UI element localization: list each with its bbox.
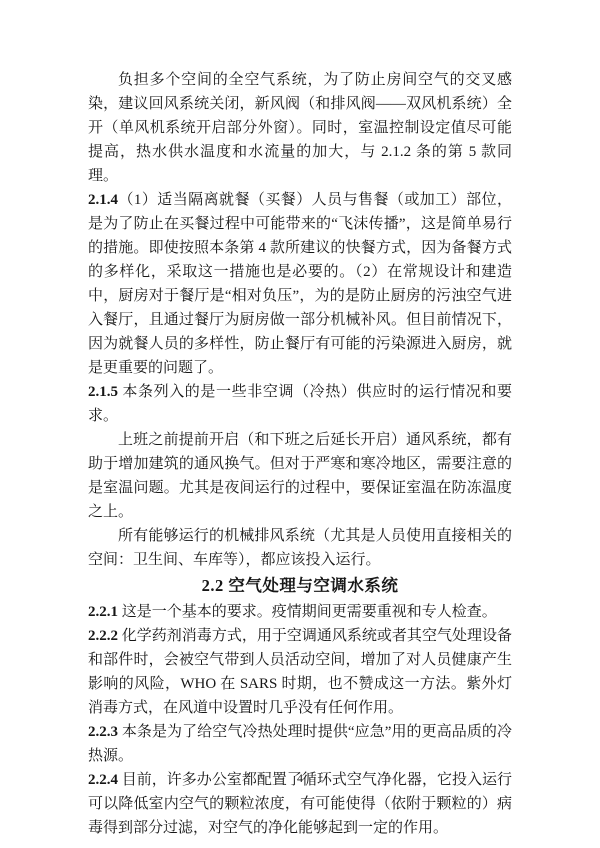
clause-number: 2.2.3 <box>88 724 118 740</box>
paragraph-text: 本条是为了给空气冷热处理时提供“应急”用的更高品质的冷热源。 <box>88 724 512 764</box>
page-number: 4 <box>0 771 600 786</box>
section-heading: 2.2 空气处理与空调水系统 <box>88 572 512 600</box>
paragraph-text: 上班之前提前开启（和下班之后延长开启）通风系统，都有助于增加建筑的通风换气。但对… <box>88 432 512 520</box>
clause-number: 2.2.1 <box>88 604 118 620</box>
paragraph: 2.2.3 本条是为了给空气冷热处理时提供“应急”用的更高品质的冷热源。 <box>88 720 512 768</box>
paragraph-text: （1）适当隔离就餐（买餐）人员与售餐（或加工）部位，是为了防止在买餐过程中可能带… <box>88 192 512 376</box>
clause-number: 2.2.2 <box>88 628 118 644</box>
paragraph: 所有能够运行的机械排风系统（尤其是人员使用直接相关的空间：卫生间、车库等），都应… <box>88 524 512 572</box>
paragraph-text: 本条列入的是一些非空调（冷热）供应时的运行情况和要求。 <box>88 384 512 424</box>
document-content: 负担多个空间的全空气系统，为了防止房间空气的交叉感染，建议回风系统关闭，新风阀（… <box>88 68 512 840</box>
clause-number: 2.1.4 <box>88 192 118 208</box>
paragraph: 2.1.5 本条列入的是一些非空调（冷热）供应时的运行情况和要求。 <box>88 380 512 428</box>
paragraph: 2.2.1 这是一个基本的要求。疫情期间更需要重视和专人检查。 <box>88 600 512 624</box>
paragraph-text: 这是一个基本的要求。疫情期间更需要重视和专人检查。 <box>118 604 497 620</box>
paragraph: 上班之前提前开启（和下班之后延长开启）通风系统，都有助于增加建筑的通风换气。但对… <box>88 428 512 524</box>
paragraph-text: 负担多个空间的全空气系统，为了防止房间空气的交叉感染，建议回风系统关闭，新风阀（… <box>88 72 512 184</box>
paragraph: 2.1.4（1）适当隔离就餐（买餐）人员与售餐（或加工）部位，是为了防止在买餐过… <box>88 188 512 380</box>
paragraph-text: 所有能够运行的机械排风系统（尤其是人员使用直接相关的空间：卫生间、车库等），都应… <box>88 528 512 568</box>
document-page: 负担多个空间的全空气系统，为了防止房间空气的交叉感染，建议回风系统关闭，新风阀（… <box>0 0 600 848</box>
clause-number: 2.1.5 <box>88 384 118 400</box>
paragraph: 2.2.2 化学药剂消毒方式，用于空调通风系统或者其空气处理设备和部件时，会被空… <box>88 624 512 720</box>
paragraph: 负担多个空间的全空气系统，为了防止房间空气的交叉感染，建议回风系统关闭，新风阀（… <box>88 68 512 188</box>
paragraph-text: 化学药剂消毒方式，用于空调通风系统或者其空气处理设备和部件时，会被空气带到人员活… <box>88 628 512 716</box>
